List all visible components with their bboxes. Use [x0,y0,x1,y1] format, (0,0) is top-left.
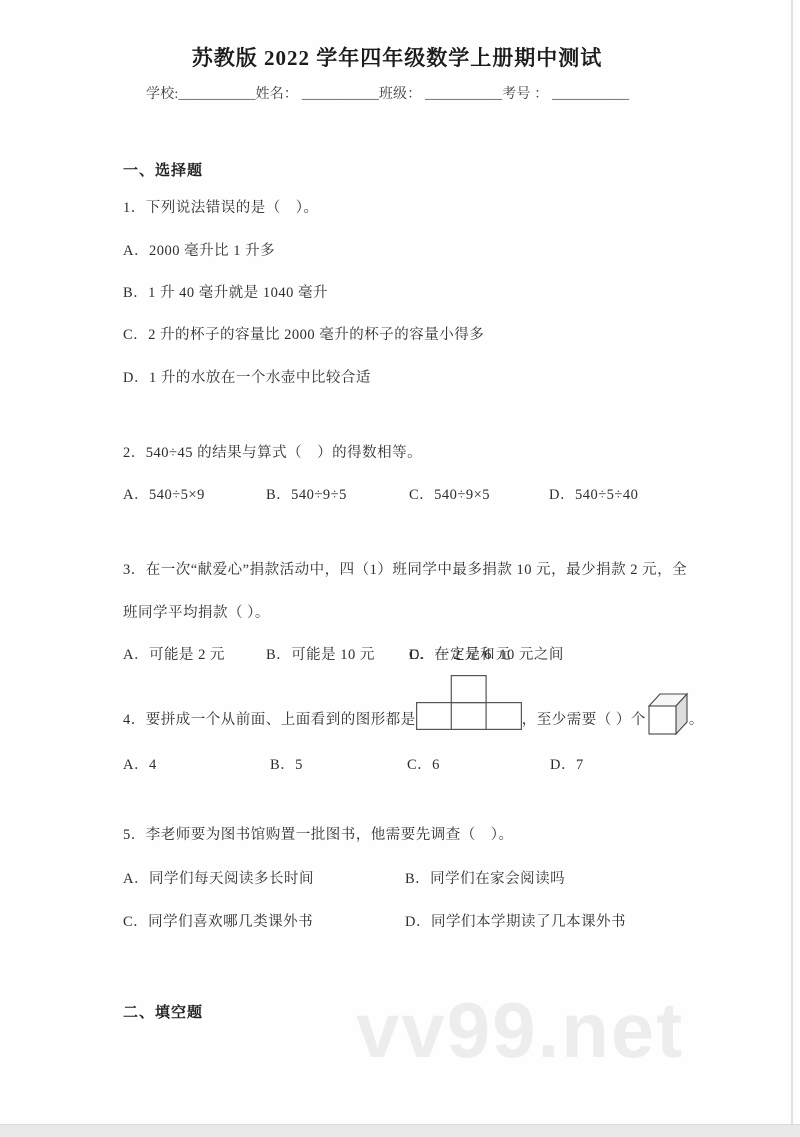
question-4-option-a: A．4 [123,753,157,774]
school-blank: ___________ [179,87,256,102]
question-5-option-a: A．同学们每天阅读多长时间 [123,867,314,888]
name-blank: ___________ [302,87,379,102]
viewer-footer-bar [0,1124,800,1137]
question-3-stem-line1: 3．在一次“献爱心”捐款活动中，四（1）班同学中最多捐款 10 元，最少捐款 2… [123,558,687,579]
page-title: 苏教版 2022 学年四年级数学上册期中测试 [0,42,794,72]
question-4-option-b: B．5 [270,753,303,774]
question-2-option-d: D．540÷5÷40 [549,483,638,504]
question-2-option-b: B．540÷9÷5 [266,483,347,504]
unit-cube-diagram [648,691,689,737]
question-4-stem-part2: ，至少需要（ ）个 [522,708,646,730]
school-label: 学校: [146,87,179,102]
question-5-option-d: D．同学们本学期读了几本课外书 [405,910,626,931]
question-5-option-b: B．同学们在家会阅读吗 [405,867,565,888]
section-heading-fill: 二、填空题 [123,1001,203,1022]
class-label: 班级： [379,87,422,102]
question-3-option-b: B．可能是 10 元 [266,643,375,664]
question-4-option-d: D．7 [550,753,584,774]
question-2-option-c: C．540÷9×5 [409,483,490,504]
question-4-stem-part1: 4．要拼成一个从前面、上面看到的图形都是 [123,708,416,730]
question-4-stem: 4．要拼成一个从前面、上面看到的图形都是 ，至少需要（ ）个 。 [123,664,704,730]
t-tetromino-view-diagram [416,675,522,730]
question-2-stem: 2．540÷45 的结果与算式（ ）的得数相等。 [123,441,422,462]
exam-no-label: 考号 ： [502,87,548,102]
section-heading-choice: 一、选择题 [123,159,203,180]
exam-no-blank: ___________ [552,87,629,102]
class-blank: ___________ [425,87,502,102]
question-4-option-c: C．6 [407,753,440,774]
student-info-line: 学校:___________姓名： ___________班级： _______… [146,83,629,103]
question-4-stem-part3: 。 [689,708,704,730]
question-1-option-b: B．1 升 40 毫升就是 1040 毫升 [123,281,328,302]
question-1-stem: 1．下列说法错误的是（ ）。 [123,196,319,217]
question-2-option-a: A．540÷5×9 [123,483,205,504]
question-5-option-c: C．同学们喜欢哪几类课外书 [123,910,313,931]
name-label: 姓名： [256,87,299,102]
question-1-option-c: C．2 升的杯子的容量比 2000 毫升的杯子的容量小得多 [123,323,484,344]
test-paper-page: vv99.net 苏教版 2022 学年四年级数学上册期中测试 学校:_____… [0,0,800,1137]
question-5-stem: 5．李老师要为图书馆购置一批图书，他需要先调查（ ）。 [123,823,514,844]
page-right-edge-line [791,0,793,1124]
question-3-option-a: A．可能是 2 元 [123,643,225,664]
watermark: vv99.net [356,985,684,1076]
question-3-option-d: D．一定是 6 元 [409,643,511,664]
question-3-stem-line2: 班同学平均捐款（ ）。 [123,601,270,622]
question-1-option-a: A．2000 毫升比 1 升多 [123,239,275,260]
question-1-option-d: D．1 升的水放在一个水壶中比较合适 [123,366,371,387]
